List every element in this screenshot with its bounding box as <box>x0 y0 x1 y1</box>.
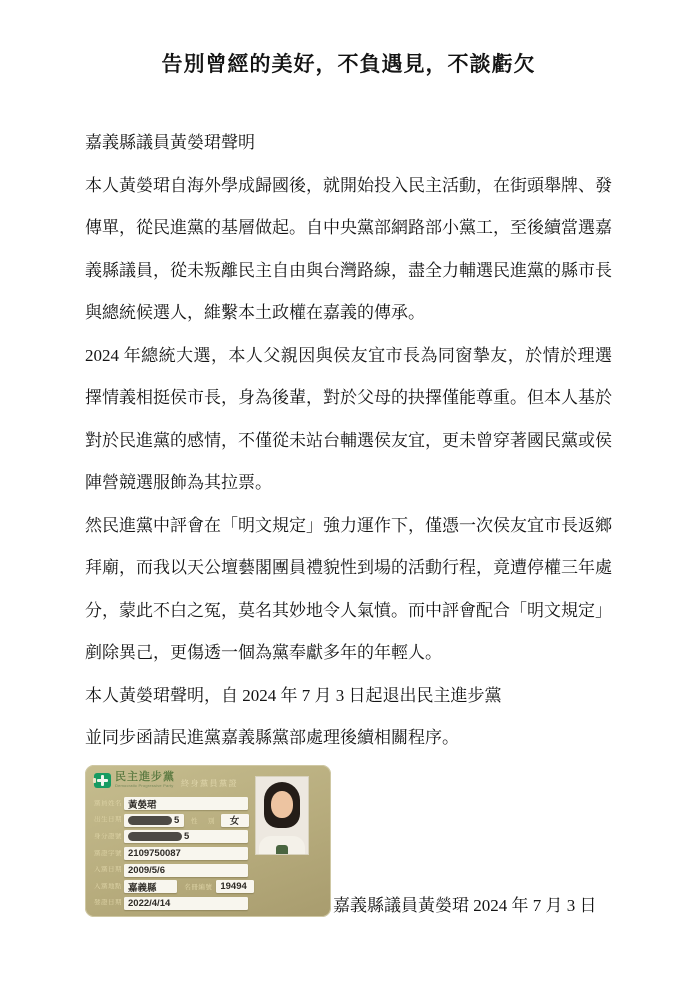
field-value-redacted: 5 <box>124 830 248 843</box>
party-name: 民主進步黨 <box>115 772 175 783</box>
roster-number-value: 19494 <box>216 880 254 893</box>
card-and-signature-row: 民主進步黨 Democratic Progressive Party 終身黨員黨… <box>85 765 612 917</box>
statement-heading: 嘉義縣議員黃嫈珺聲明 <box>85 122 612 165</box>
redaction-blob <box>128 816 172 825</box>
party-name-english: Democratic Progressive Party <box>115 783 175 789</box>
field-value-redacted: 5 <box>124 814 184 827</box>
sex-value: 女 <box>221 814 249 827</box>
member-photo <box>255 776 309 855</box>
field-label: 黨員姓名 <box>94 800 124 808</box>
paragraph-2: 2024 年總統大選，本人父親因與侯友宜市長為同窗摯友，於情於理選擇情義相挺侯市… <box>85 335 612 505</box>
document-body: 嘉義縣議員黃嫈珺聲明 本人黃嫈珺自海外學成歸國後，就開始投入民主活動，在街頭舉牌… <box>85 122 612 760</box>
field-label: 入黨地點 <box>94 883 124 891</box>
field-issue-date: 發證日期 2022/4/14 <box>94 895 254 912</box>
paragraph-4: 本人黃嫈珺聲明，自 2024 年 7 月 3 日起退出民主進步黨 <box>85 675 612 718</box>
field-label: 發證日期 <box>94 899 124 907</box>
redaction-blob <box>128 832 182 841</box>
paragraph-5: 並同步函請民進黨嘉義縣黨部處理後續相關程序。 <box>85 717 612 760</box>
field-join-place: 入黨地點 嘉義縣 名冊編號 19494 <box>94 878 254 895</box>
card-fields: 黨員姓名 黃嫈珺 出生日期 5 性 別 女 身分證號 5 黨證字號 210975… <box>94 796 254 912</box>
signature-line: 嘉義縣議員黃嫈珺 2024 年 7 月 3 日 <box>333 895 597 917</box>
card-header: 民主進步黨 Democratic Progressive Party 終身黨員黨… <box>94 772 238 789</box>
field-label: 身分證號 <box>94 833 124 841</box>
field-value: 2022/4/14 <box>124 897 248 910</box>
paragraph-1: 本人黃嫈珺自海外學成歸國後，就開始投入民主活動，在街頭舉牌、發傳單，從民進黨的基… <box>85 165 612 335</box>
field-birth-date: 出生日期 5 性 別 女 <box>94 812 254 829</box>
field-label: 出生日期 <box>94 816 124 824</box>
field-card-number: 黨證字號 2109750087 <box>94 845 254 862</box>
field-value: 嘉義縣 <box>124 880 177 893</box>
sex-label: 性 別 <box>191 816 217 825</box>
paragraph-3: 然民進黨中評會在「明文規定」強力運作下，僅憑一次侯友宜市長返鄉拜廟，而我以天公壇… <box>85 505 612 675</box>
field-label: 黨證字號 <box>94 850 124 858</box>
statement-document: 告別曾經的美好，不負遇見，不談虧欠 嘉義縣議員黃嫈珺聲明 本人黃嫈珺自海外學成歸… <box>0 0 696 917</box>
dpp-membership-card: 民主進步黨 Democratic Progressive Party 終身黨員黨… <box>85 765 331 917</box>
party-name-block: 民主進步黨 Democratic Progressive Party <box>115 772 175 789</box>
document-title: 告別曾經的美好，不負遇見，不談虧欠 <box>85 50 612 78</box>
roster-number-label: 名冊編號 <box>184 882 212 891</box>
field-value: 2009/5/6 <box>124 864 248 877</box>
field-value: 2109750087 <box>124 847 248 860</box>
field-label: 入黨日期 <box>94 866 124 874</box>
photo-face <box>271 791 293 818</box>
field-value: 黃嫈珺 <box>124 797 248 810</box>
card-type-label: 終身黨員黨證 <box>181 778 238 789</box>
field-id-number: 身分證號 5 <box>94 829 254 846</box>
field-member-name: 黨員姓名 黃嫈珺 <box>94 796 254 813</box>
field-join-date: 入黨日期 2009/5/6 <box>94 862 254 879</box>
dpp-logo-icon <box>94 773 111 788</box>
photo-collar <box>276 845 288 854</box>
